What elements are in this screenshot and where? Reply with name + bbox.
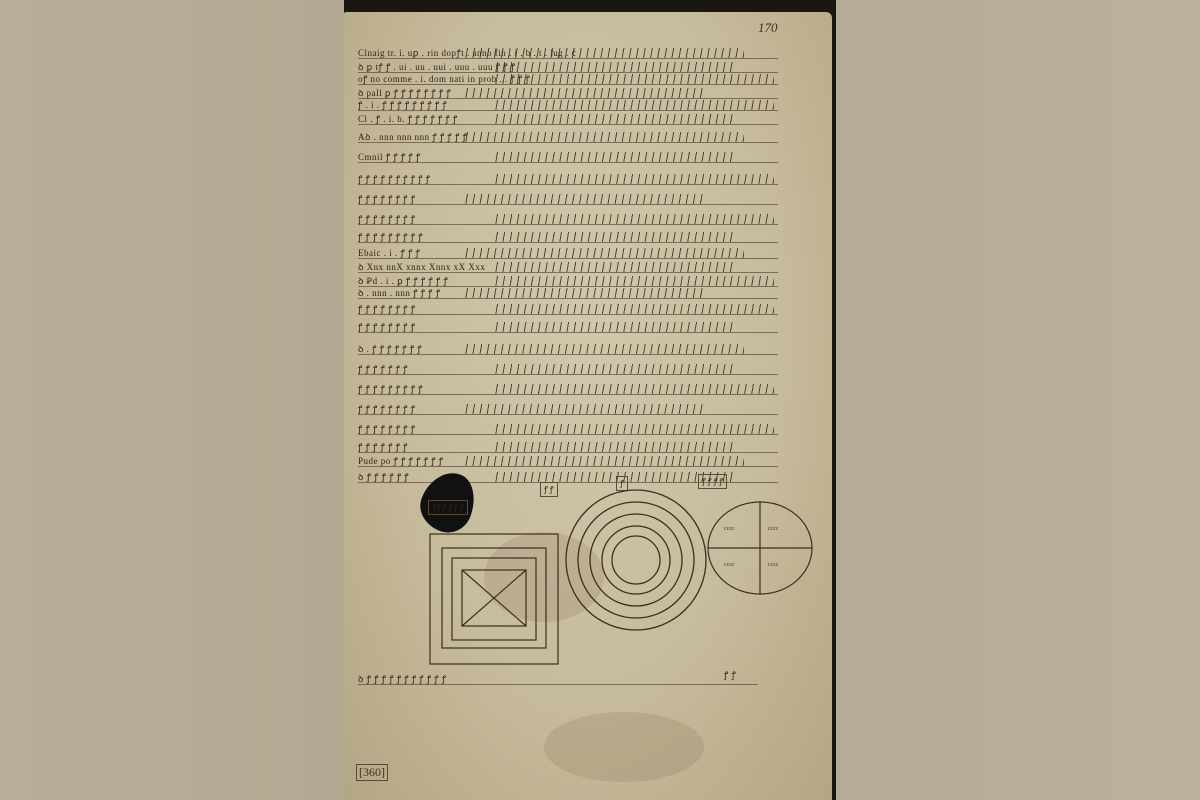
ogham-strokes: [494, 304, 774, 314]
ogham-strokes: [494, 174, 774, 184]
ogham-strokes: [464, 404, 704, 414]
ruled-line: [358, 184, 778, 185]
ogham-strokes: [494, 442, 734, 452]
ruled-line: [358, 204, 778, 205]
background-right: [836, 0, 1200, 800]
caption-square: Tꝭ ꝭ ꝭ ꝭ ꝭ: [428, 500, 468, 515]
ogham-strokes: [464, 194, 704, 204]
caption-circle-left: ꝭ ꝭ: [540, 482, 558, 497]
ruled-line: [358, 110, 778, 111]
ruled-line: [358, 452, 778, 453]
ruled-line: [358, 84, 778, 85]
ruled-line: [358, 258, 778, 259]
stain: [544, 712, 704, 782]
quartered-circle-icon: cccc cccc cccc cccc: [706, 500, 814, 596]
page-number-top: 170: [758, 20, 778, 36]
ogham-strokes: [494, 364, 734, 374]
ruled-line: [358, 242, 778, 243]
ogham-strokes: [494, 214, 774, 224]
caption-circle-right: ꝭ ꝭ ꝭ ꝭ: [698, 474, 727, 489]
svg-text:cccc: cccc: [724, 526, 735, 532]
ogham-strokes: [494, 100, 774, 110]
ruled-line: [358, 394, 778, 395]
ruled-line: [358, 434, 778, 435]
ogham-strokes: [464, 88, 704, 98]
ruled-line: [358, 272, 778, 273]
ogham-strokes: [494, 152, 734, 162]
bottom-right-note: ꝭ ꝭ: [724, 668, 804, 682]
ogham-strokes: [494, 74, 774, 84]
ogham-strokes: [494, 232, 734, 242]
ogham-strokes: [464, 132, 744, 142]
svg-text:cccc: cccc: [724, 562, 735, 568]
ruled-line: [358, 224, 778, 225]
ruled-line: [358, 466, 778, 467]
ruled-line: [358, 332, 778, 333]
ogham-strokes: [494, 384, 774, 394]
ogham-strokes: [464, 288, 704, 298]
ogham-strokes: [494, 424, 774, 434]
ruled-line: [358, 354, 778, 355]
ogham-strokes: [464, 248, 744, 258]
ogham-strokes: [464, 344, 744, 354]
page-number-bottom: [360]: [356, 764, 388, 781]
ogham-strokes: [494, 322, 734, 332]
svg-text:cccc: cccc: [768, 562, 779, 568]
ruled-line: [358, 314, 778, 315]
ruled-line: [358, 298, 778, 299]
concentric-circles-icon: [564, 488, 708, 632]
ruled-line: [358, 124, 778, 125]
svg-text:cccc: cccc: [768, 526, 779, 532]
ogham-strokes: [494, 262, 734, 272]
ruled-line: [358, 414, 778, 415]
ogham-strokes: [494, 62, 734, 72]
ogham-strokes: [494, 276, 774, 286]
manuscript-page: 170 Clnaig tr. i. uꝑ . rin dopꝭt . anno …: [344, 12, 832, 800]
ruled-line: [358, 58, 778, 59]
nested-squares-icon: [428, 532, 560, 666]
background-left: [0, 0, 344, 800]
ogham-strokes: [464, 48, 744, 58]
bottom-line: ꝺ ꝭ ꝭ ꝭ ꝭ ꝭ ꝭ ꝭ ꝭ ꝭ ꝭ ꝭ: [358, 672, 658, 686]
ruled-line: [358, 142, 778, 143]
ogham-strokes: [464, 456, 744, 466]
ruled-line: [358, 162, 778, 163]
ogham-strokes: [494, 114, 734, 124]
ruled-line: [358, 374, 778, 375]
